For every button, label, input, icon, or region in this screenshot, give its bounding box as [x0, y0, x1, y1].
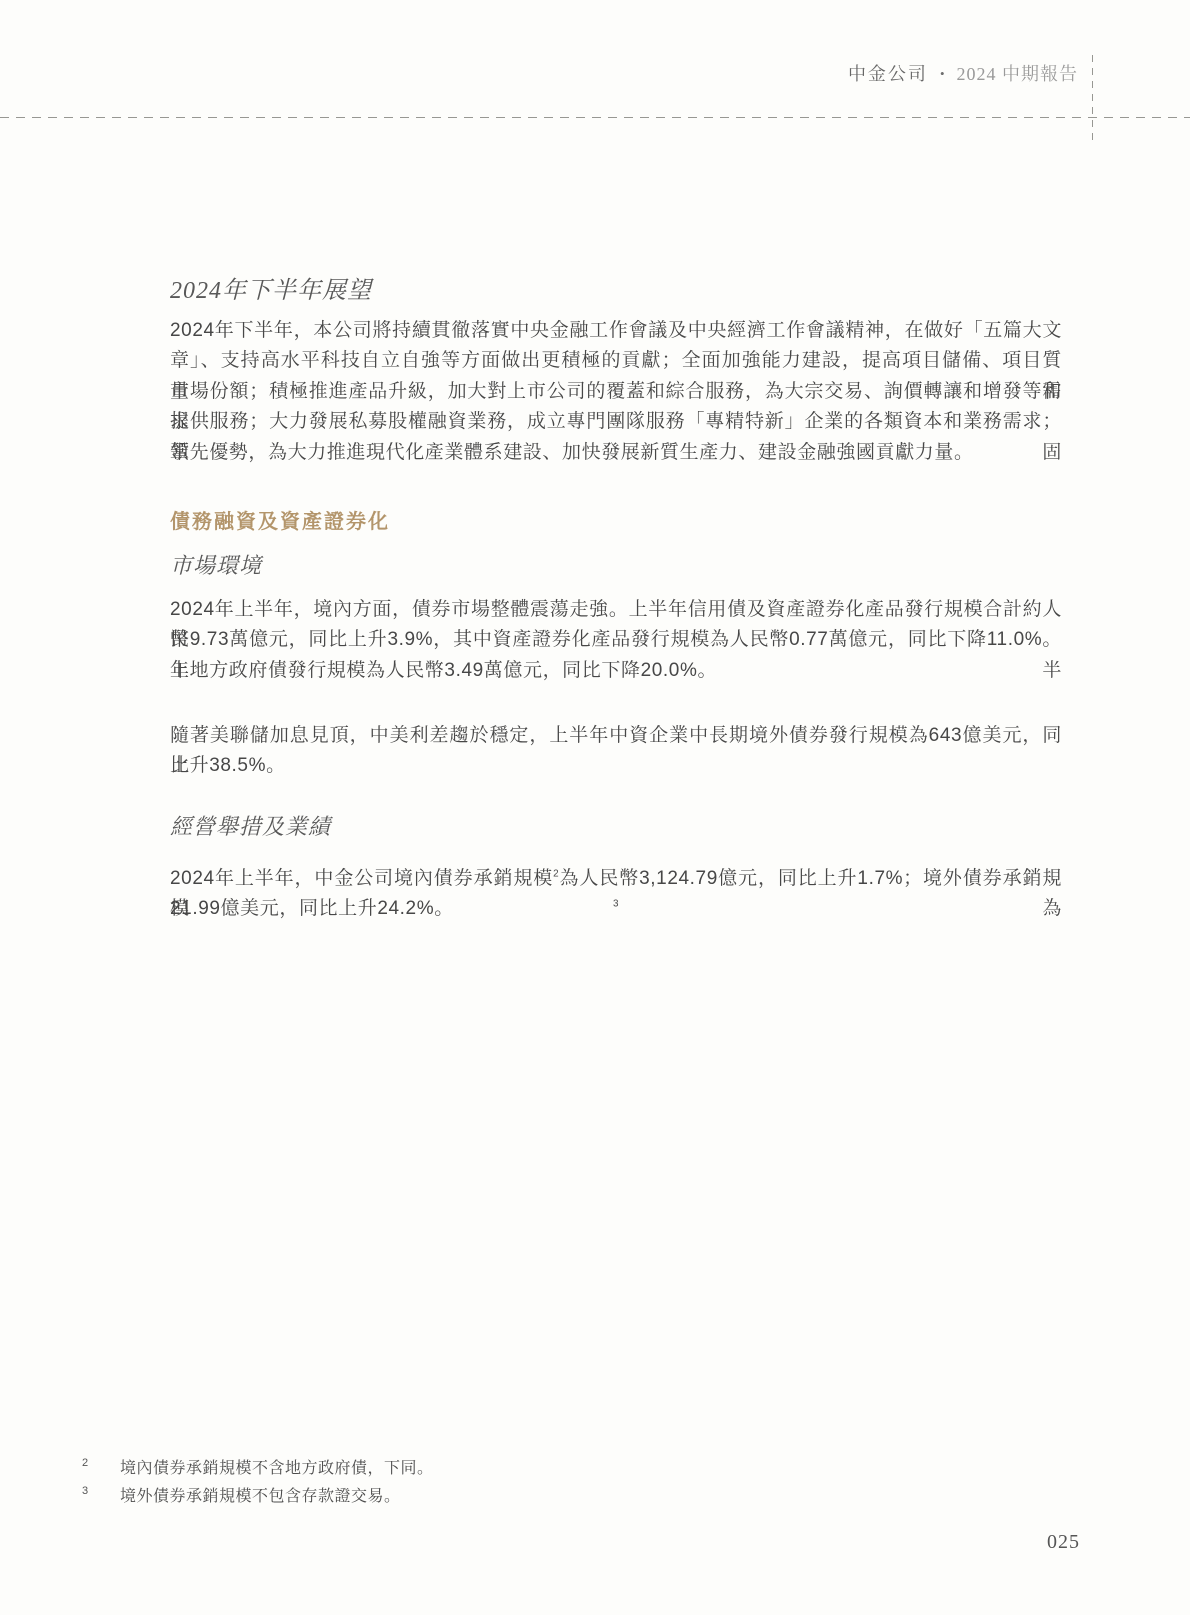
- header-dashed-rule: [0, 117, 1190, 118]
- footnote-2-text: 境內債券承銷規模不含地方政府債，下同。: [120, 1455, 434, 1478]
- footnote-2-marker: 2: [82, 1457, 88, 1469]
- market-environment-paragraph-2: 隨著美聯儲加息見頂，中美利差趨於穩定，上半年中資企業中長期境外債券發行規模為64…: [170, 721, 1062, 782]
- section-title-debt-financing: 債務融資及資產證券化: [170, 505, 390, 534]
- page-header: 中金公司 • 2024 中期報告: [848, 60, 1078, 86]
- header-company-name: 中金公司: [848, 60, 928, 86]
- footnote-3-text: 境外債券承銷規模不包含存款證交易。: [120, 1483, 401, 1506]
- footnote-3: 3 境外債券承銷規模不包含存款證交易。: [82, 1483, 1032, 1507]
- footnote-3-marker: 3: [82, 1485, 88, 1497]
- footnote-2: 2 境內債券承銷規模不含地方政府債，下同。: [82, 1455, 1032, 1479]
- section-title-outlook: 2024年下半年展望: [170, 270, 372, 305]
- subsection-title-operations: 經營舉措及業績: [170, 810, 331, 841]
- operations-paragraph: 2024年上半年，中金公司境內債券承銷規模2為人民幣3,124.79億元，同比上…: [170, 864, 1062, 925]
- page-number: 025: [1047, 1531, 1080, 1554]
- market-environment-paragraph-1: 2024年上半年，境內方面，債券市場整體震蕩走強。上半年信用債及資產證券化產品發…: [170, 595, 1062, 686]
- header-bullet-icon: •: [940, 66, 945, 82]
- header-vertical-dashed-rule: [1092, 55, 1093, 145]
- outlook-paragraph: 2024年下半年，本公司將持續貫徹落實中央金融工作會議及中央經濟工作會議精神，在…: [170, 316, 1062, 468]
- header-report-title: 2024 中期報告: [957, 60, 1079, 86]
- subsection-title-market-environment: 市場環境: [170, 549, 262, 580]
